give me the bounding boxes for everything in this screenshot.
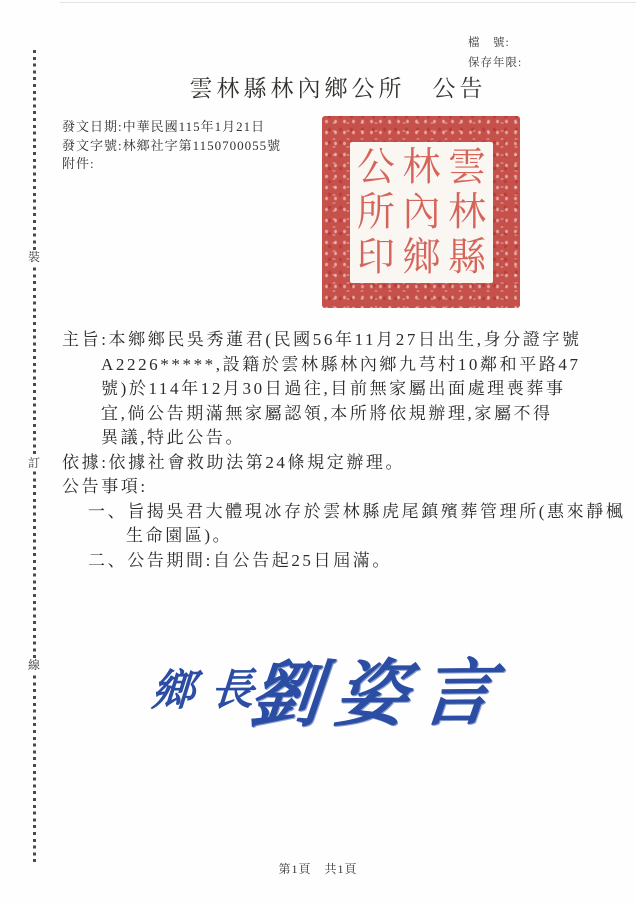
seal-glyph: 縣 (444, 234, 490, 281)
announcement-body: 主旨:本鄉鄉民吳秀蓮君(民國56年11月27日出生,身分證字號 A2226***… (62, 328, 618, 573)
official-seal-stamp: 公 林 雲 所 內 林 印 鄉 縣 (322, 116, 520, 308)
scanned-announcement-page: 裝 訂 線 檔 號: 保存年限: 雲林縣林內鄉公所 公告 發文日期:中華民國11… (0, 0, 636, 904)
body-line-matters-header: 公告事項: (62, 475, 618, 500)
seal-glyph: 印 (353, 234, 399, 281)
body-line: 異議,特此公告。 (62, 426, 618, 451)
seal-glyph: 雲 (444, 144, 490, 191)
body-line-item-1: 一、旨揭吳君大體現冰存於雲林縣虎尾鎮殯葬管理所(惠來靜楓 (62, 500, 618, 525)
body-line: A2226*****,設籍於雲林縣林內鄉九芎村10鄰和平路47 (62, 353, 618, 378)
body-line: 號)於114年12月30日過往,目前無家屬出面處理喪葬事 (62, 377, 618, 402)
document-title: 雲林縣林內鄉公所 公告 (40, 70, 636, 103)
seal-glyph: 鄉 (399, 234, 445, 281)
body-line-item-2: 二、公告期間:自公告起25日屆滿。 (62, 549, 618, 574)
body-line-subject: 主旨:本鄉鄉民吳秀蓮君(民國56年11月27日出生,身分證字號 (62, 328, 618, 353)
seal-glyph: 所 (353, 189, 399, 236)
binding-label-zhuang: 裝 (25, 250, 43, 264)
body-line: 生命園區)。 (62, 524, 618, 549)
body-line-basis: 依據:依據社會救助法第24條規定辦理。 (62, 451, 618, 476)
seal-glyph: 內 (399, 189, 445, 236)
attachment-line: 附件: (62, 155, 281, 174)
file-number-block: 檔 號: 保存年限: (468, 33, 522, 73)
mayor-name-calligraphy: 劉姿言 (245, 634, 513, 741)
mayor-signature-stamp: 鄉長 劉姿言 (147, 632, 548, 748)
page-number-footer: 第1頁 共1頁 (0, 860, 636, 877)
scan-edge-line (60, 2, 636, 3)
seal-glyph: 林 (444, 189, 490, 236)
issue-date-line: 發文日期:中華民國115年1月21日 (62, 118, 281, 137)
document-meta-block: 發文日期:中華民國115年1月21日 發文字號:林鄉社字第1150700055號… (62, 118, 281, 174)
binding-label-xian: 線 (25, 658, 43, 672)
file-number-label: 檔 號: (468, 33, 522, 53)
seal-glyph: 公 (353, 144, 399, 191)
body-line: 宜,倘公告期滿無家屬認領,本所將依規辦理,家屬不得 (62, 402, 618, 427)
official-seal-inner: 公 林 雲 所 內 林 印 鄉 縣 (350, 142, 493, 283)
issue-ref-line: 發文字號:林鄉社字第1150700055號 (62, 137, 281, 156)
seal-glyph: 林 (399, 144, 445, 191)
binding-label-ding: 訂 (25, 456, 43, 470)
